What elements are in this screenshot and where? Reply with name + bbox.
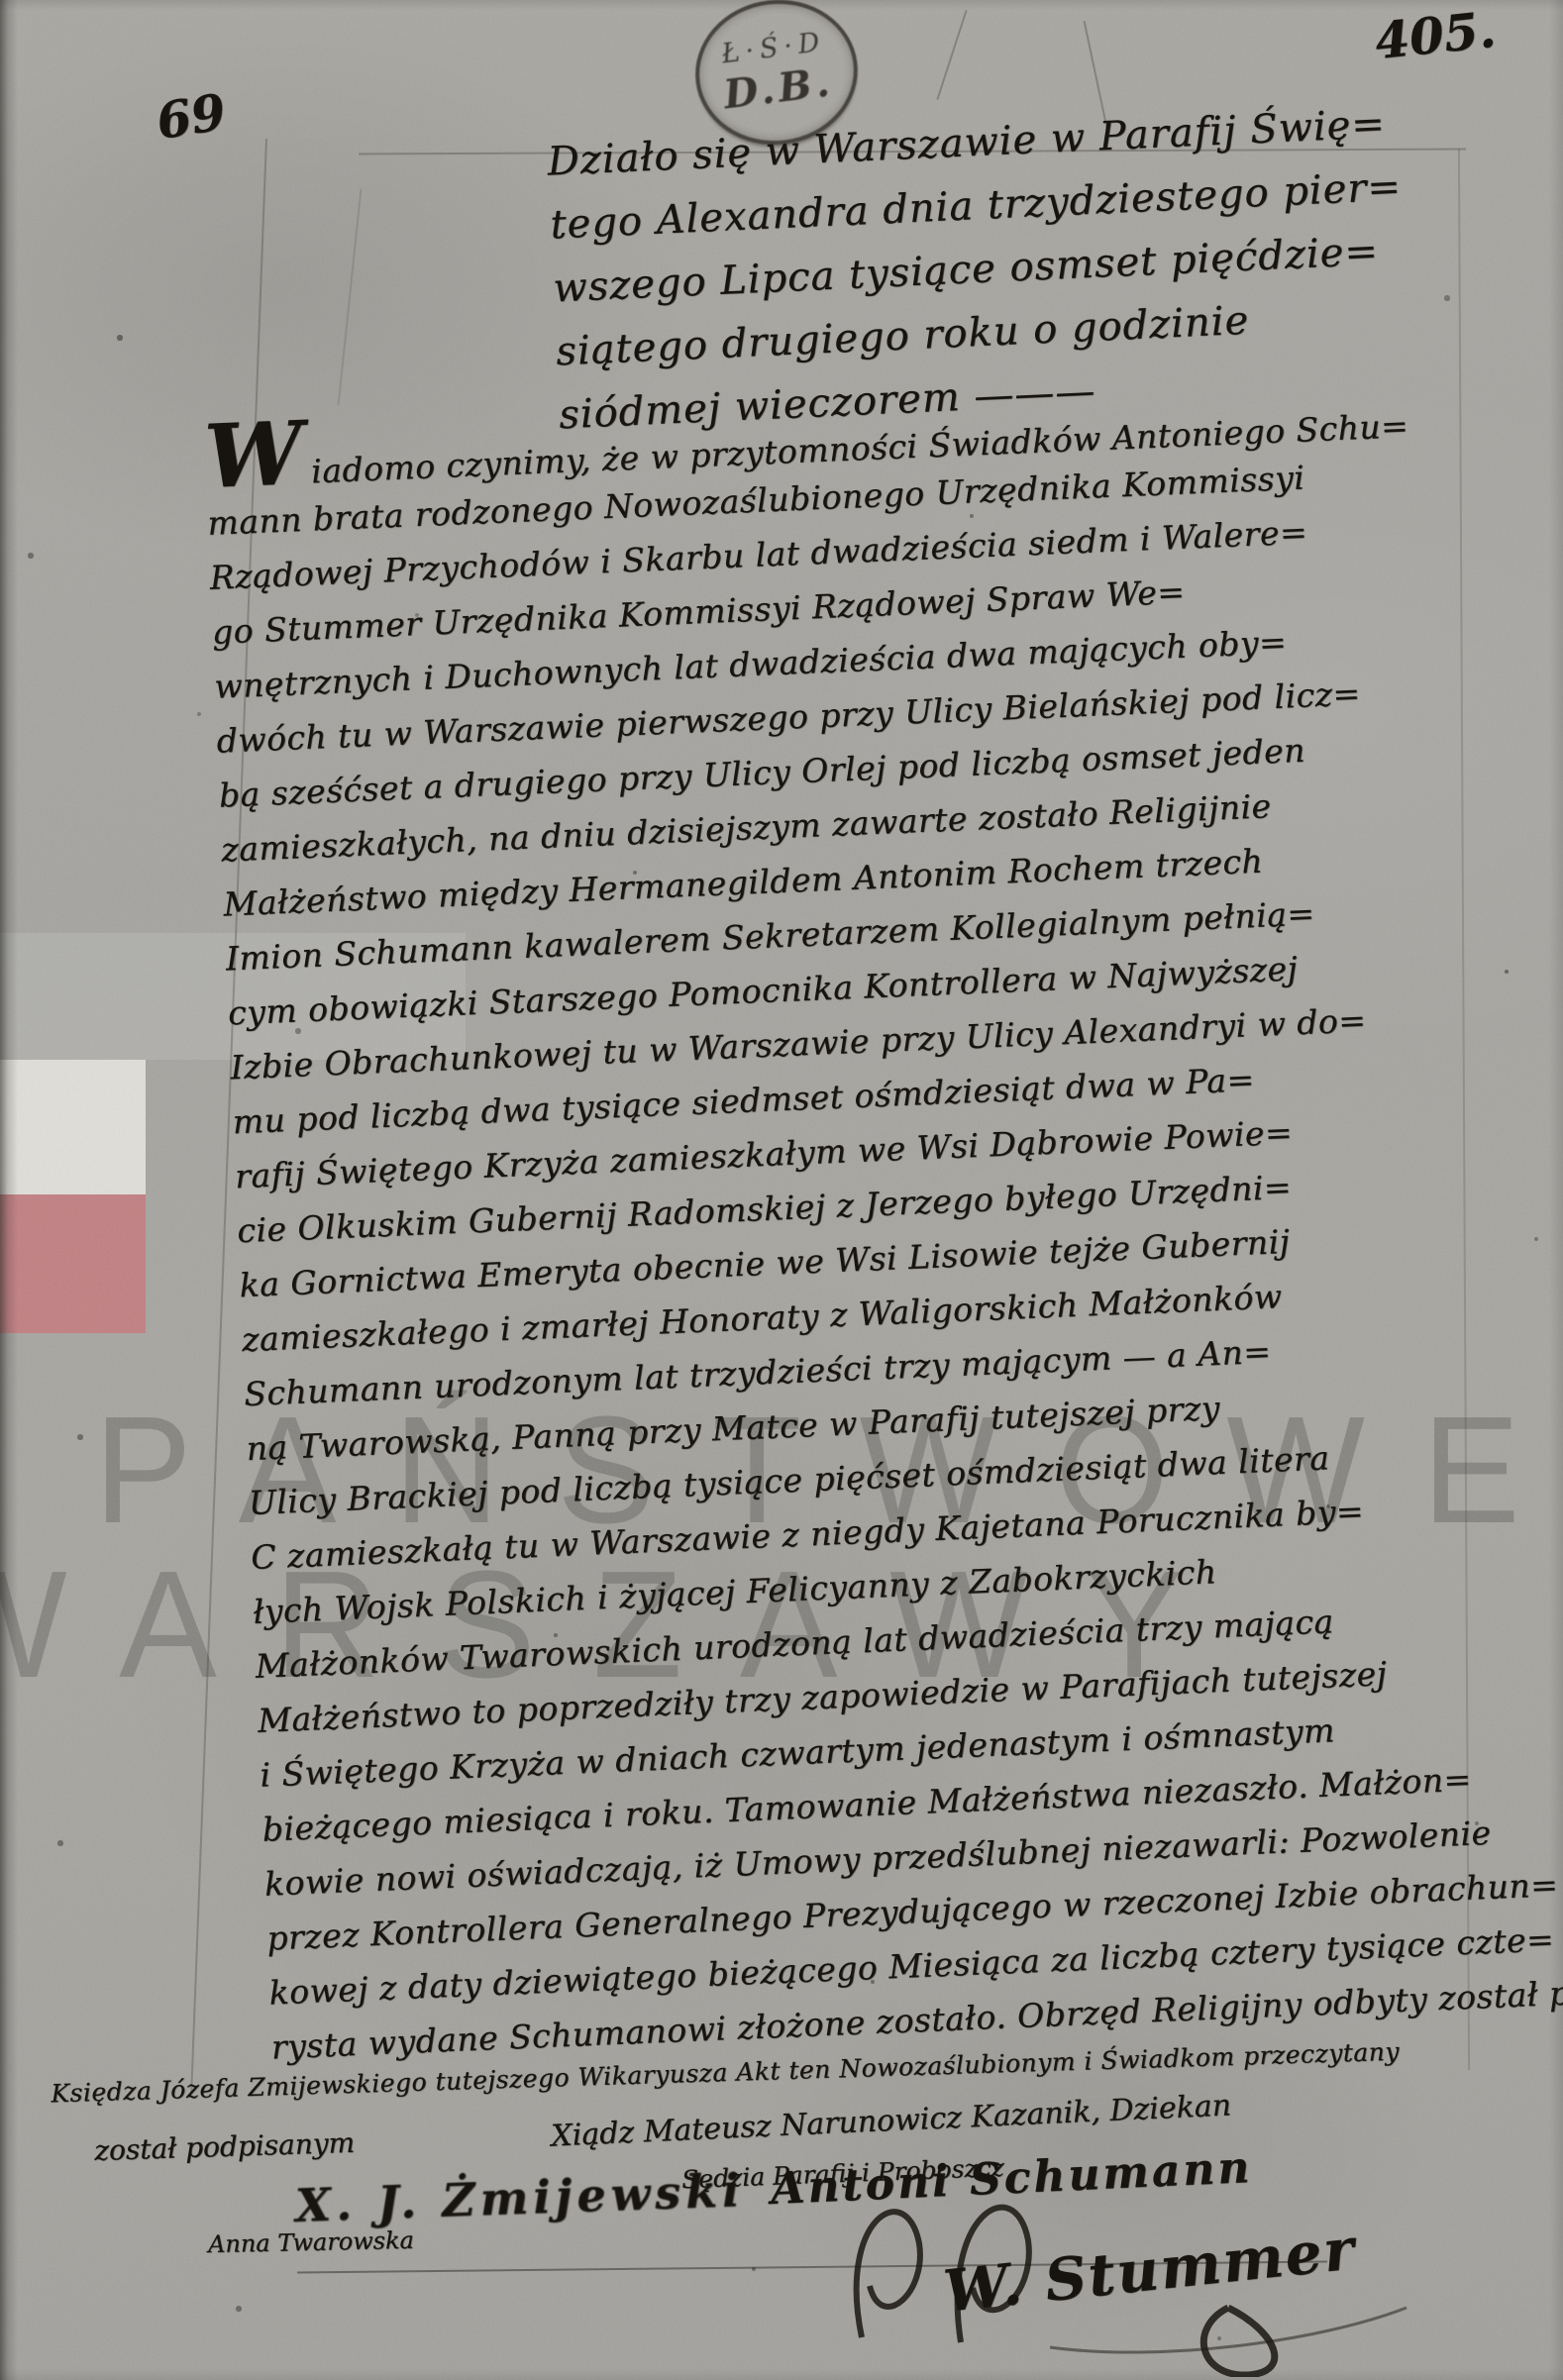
scanned-marriage-record-page: PAŃSTWOWE WARSZAWY 405. 69 Ł·Ś·D D.B. Dz…	[0, 0, 1563, 2380]
paper-speckles	[0, 0, 2, 2]
act-body-text: Wiadomo czynimy, że w przytomności Świad…	[204, 386, 1563, 2075]
act-number: 69	[153, 82, 230, 151]
opening-formula: Działo się w Warszawie w Parafij Świę= t…	[546, 92, 1411, 448]
signature-bride: Anna Twarowska	[208, 2226, 414, 2258]
